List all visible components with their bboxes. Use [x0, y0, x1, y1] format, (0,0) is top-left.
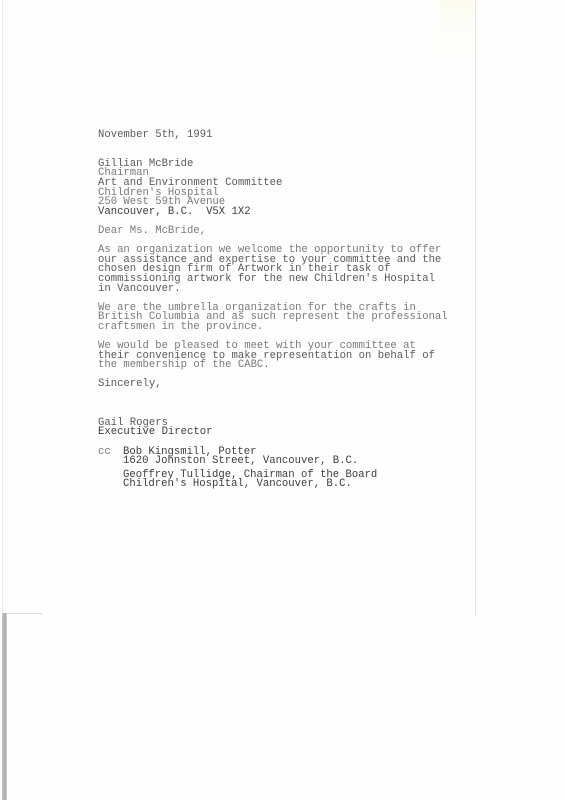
- page-edge-line-bottom: [7, 613, 42, 614]
- cc-recipients: Bob Kingsmill, Potter 1620 Johnston Stre…: [123, 448, 377, 490]
- paragraph-line: in Vancouver.: [98, 285, 478, 295]
- paragraph-line: craftsmen in the province.: [98, 323, 478, 333]
- recipient-address-block: Gillian McBride Chairman Art and Environ…: [98, 160, 478, 218]
- paper-stain: [440, 0, 475, 60]
- page-edge-line-left: [2, 0, 3, 613]
- scan-edge-shadow: [2, 613, 7, 800]
- paragraph-2: We are the umbrella organization for the…: [98, 304, 478, 333]
- cc-recipient-line: Children's Hospital, Vancouver, B.C.: [123, 480, 377, 490]
- paragraph-3: We would be pleased to meet with your co…: [98, 342, 478, 371]
- closing: Sincerely,: [98, 380, 478, 390]
- letter-date: November 5th, 1991: [98, 131, 478, 141]
- salutation: Dear Ms. McBride,: [98, 227, 478, 237]
- scanned-page: November 5th, 1991 Gillian McBride Chair…: [0, 0, 565, 800]
- cc-recipient: Geoffrey Tullidge, Chairman of the Board…: [123, 471, 377, 490]
- cc-recipient-line: 1620 Johnston Street, Vancouver, B.C.: [123, 457, 377, 467]
- cc-block: cc Bob Kingsmill, Potter 1620 Johnston S…: [98, 448, 478, 490]
- signature-block: Gail Rogers Executive Director: [98, 419, 478, 438]
- paragraph-line: the membership of the CABC.: [98, 361, 478, 371]
- recipient-city: Vancouver, B.C. V5X 1X2: [98, 208, 478, 218]
- recipient-name: Gillian McBride: [98, 160, 478, 170]
- cc-recipient: Bob Kingsmill, Potter 1620 Johnston Stre…: [123, 448, 377, 467]
- cc-label: cc: [98, 448, 123, 490]
- letter-body: November 5th, 1991 Gillian McBride Chair…: [98, 131, 478, 490]
- paragraph-1: As an organization we welcome the opport…: [98, 246, 478, 294]
- signatory-title: Executive Director: [98, 428, 478, 438]
